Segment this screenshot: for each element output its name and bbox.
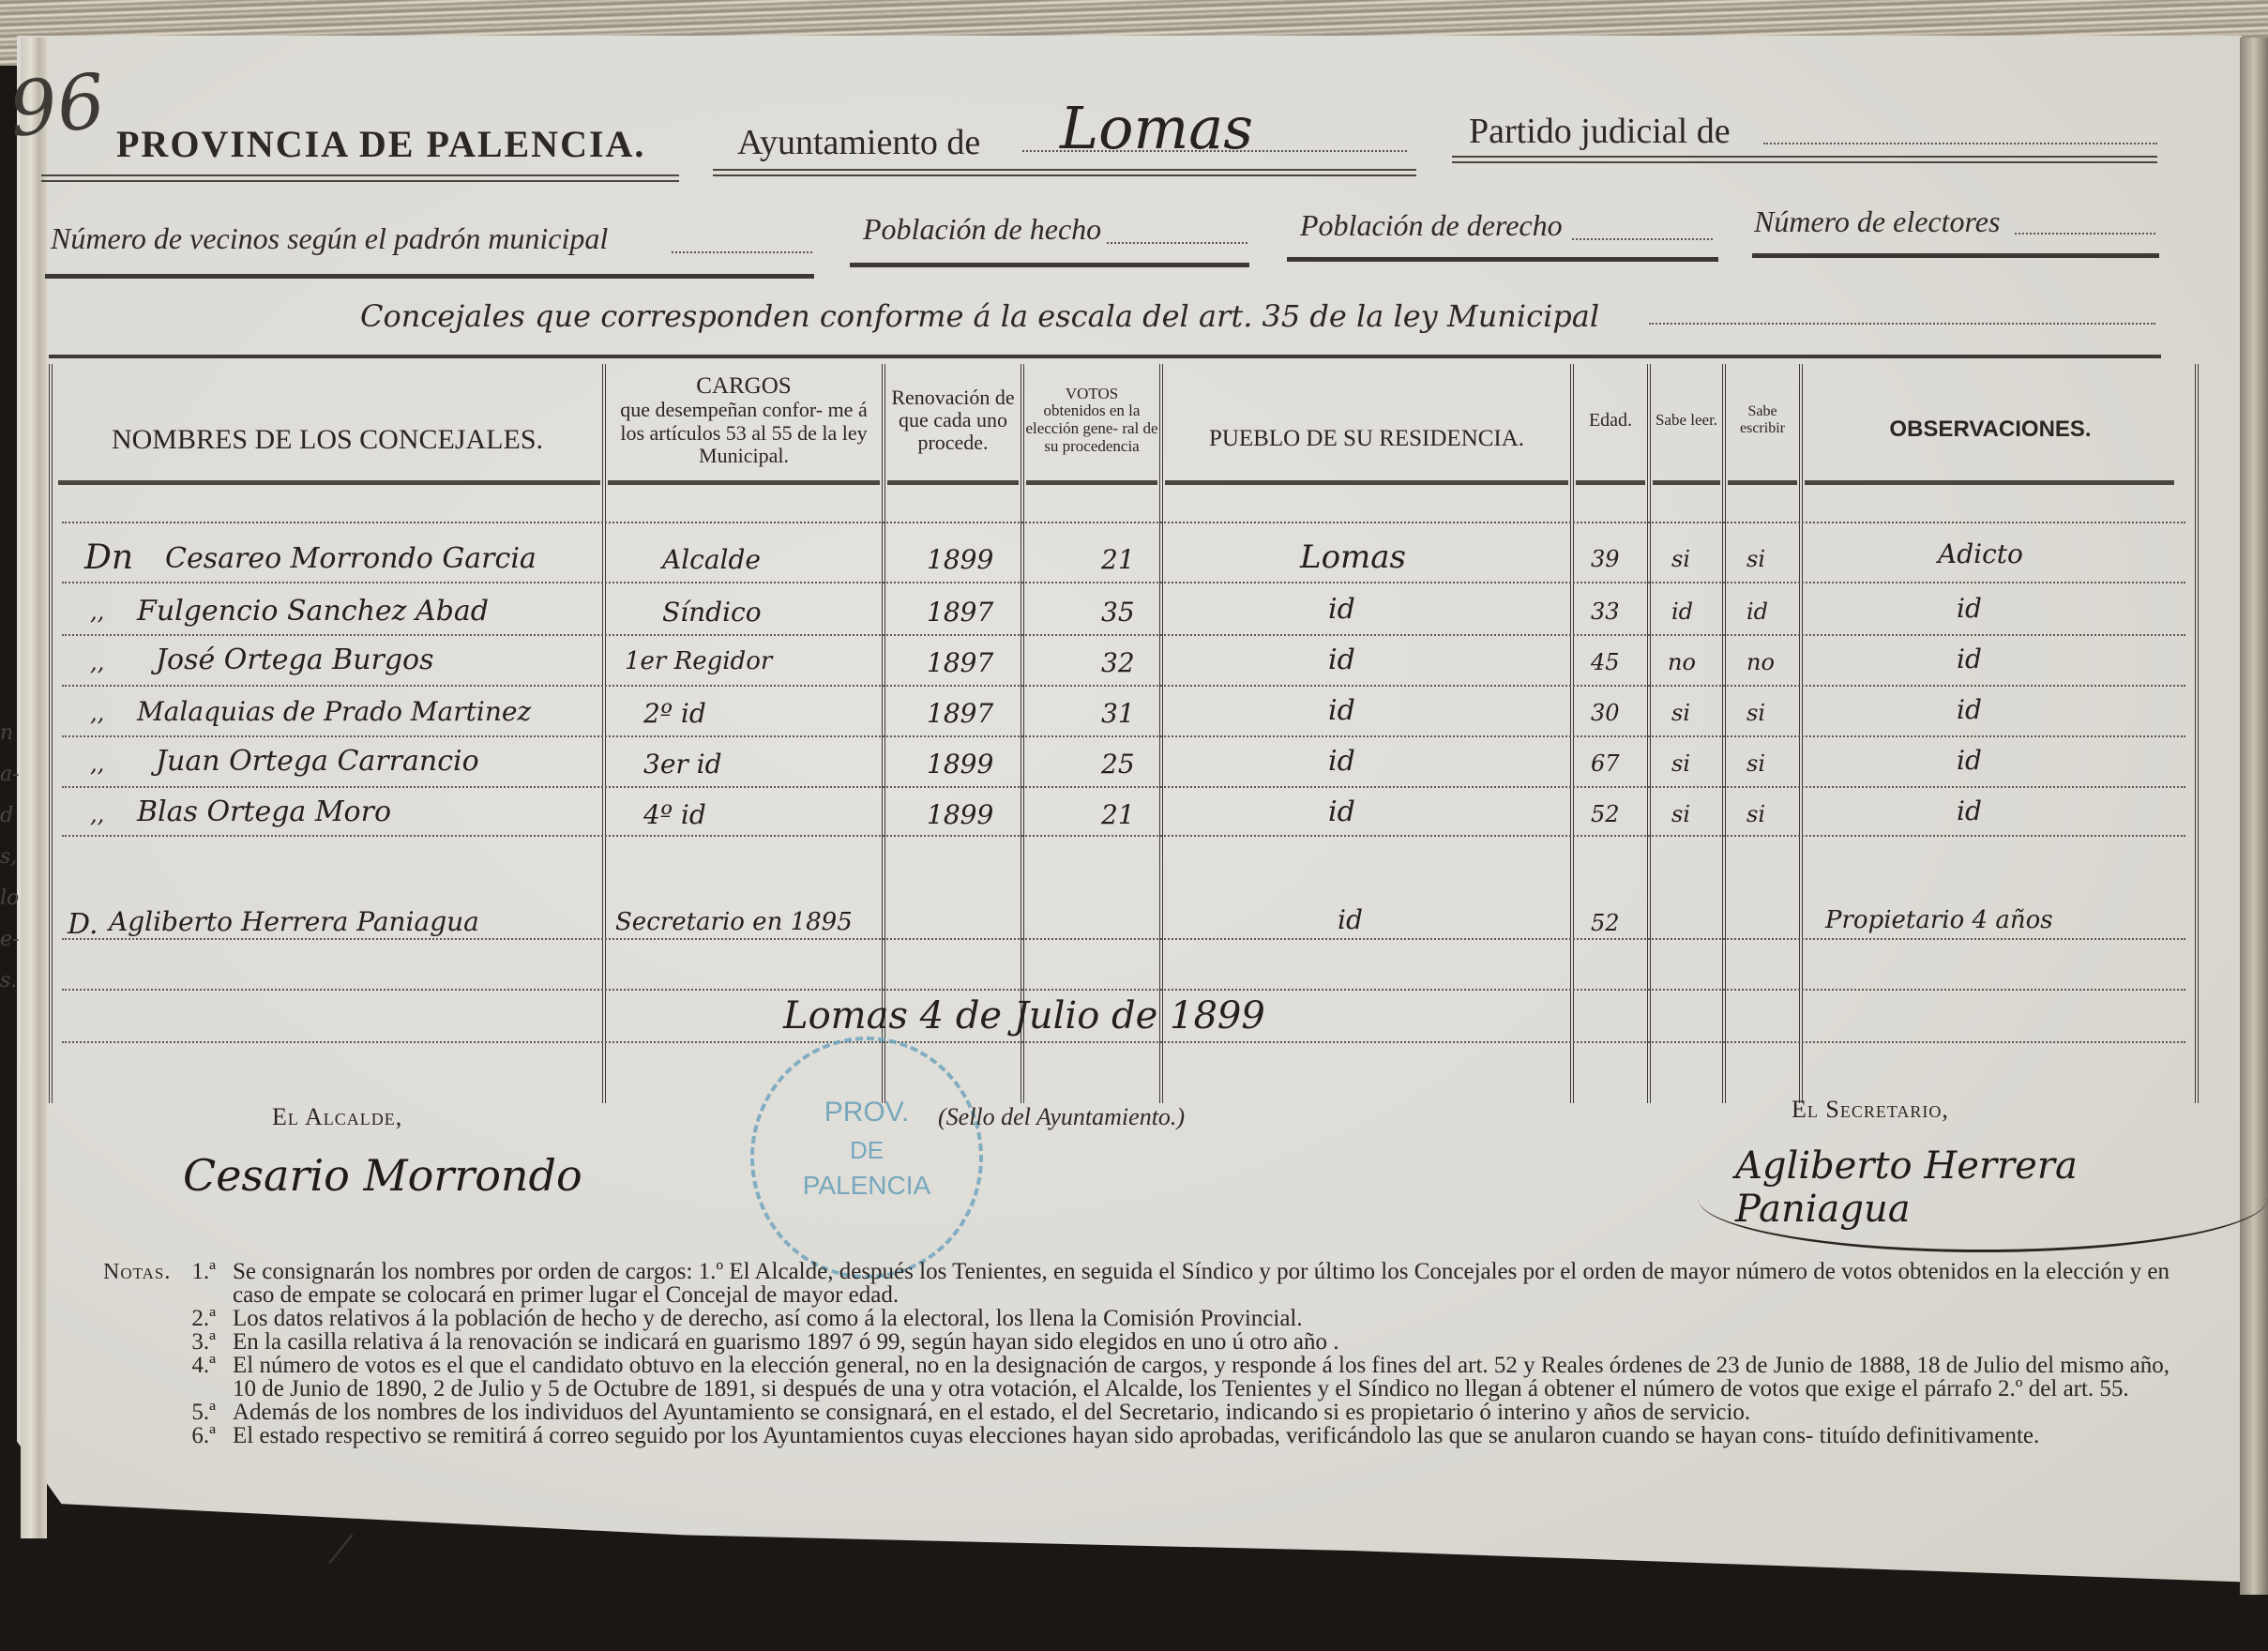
sabe-escribir: id xyxy=(1746,598,1768,625)
column-header-label: PUEBLO DE SU RESIDENCIA. xyxy=(1209,426,1524,452)
column-header-renovacion: Renovación de que cada uno procede. xyxy=(885,364,1021,477)
folio-number: 96 xyxy=(5,57,109,154)
council-members-table: NOMBRES DE LOS CONCEJALES. CARGOS que de… xyxy=(49,364,2199,1103)
note-item: 2.ª Los datos relativos á la población d… xyxy=(103,1307,2195,1330)
name-prefix: D. xyxy=(68,908,98,941)
cargo: Secretario en 1895 xyxy=(615,908,853,936)
ayuntamiento-value: Lomas xyxy=(1060,94,1253,162)
observaciones: id xyxy=(1957,593,1982,624)
concejales-fill-line xyxy=(1649,323,2155,325)
header-rule xyxy=(1452,156,2157,163)
pueblo: Lomas xyxy=(1300,538,1406,576)
renovacion: 1897 xyxy=(927,647,993,678)
cargo: Alcalde xyxy=(662,544,761,575)
sello-label: (Sello del Ayuntamiento.) xyxy=(938,1103,1185,1131)
alcalde-label: El Alcalde, xyxy=(272,1103,402,1131)
note-number: 6.ª xyxy=(103,1424,233,1447)
observaciones: id xyxy=(1957,694,1982,725)
subheader-rule xyxy=(45,274,814,279)
notes-label: Notas. xyxy=(103,1260,171,1285)
column-header-label: Edad. xyxy=(1589,410,1632,431)
observaciones: id xyxy=(1957,795,1982,826)
margin-letter: d xyxy=(0,795,19,837)
margin-letter: s. xyxy=(0,961,19,1002)
row-guide xyxy=(62,989,2185,991)
margin-letter: lo xyxy=(0,878,19,919)
page-fold xyxy=(21,38,47,1538)
table-top-rule xyxy=(49,355,2161,358)
electores-fill-line xyxy=(2015,233,2155,235)
row-guide xyxy=(62,582,2185,583)
column-header-label: Renovación de que cada uno procede. xyxy=(885,386,1021,455)
vecinos-fill-line xyxy=(672,251,812,253)
previous-page-margin: n a- d s, lo e- s. xyxy=(0,713,19,1002)
note-number: 2.ª xyxy=(103,1307,233,1330)
poblacion-hecho-fill-line xyxy=(1107,242,1247,244)
councilor-name: Cesareo Morrondo Garcia xyxy=(165,542,537,575)
edad: 39 xyxy=(1591,546,1620,572)
pueblo: id xyxy=(1328,745,1355,778)
margin-letter: s, xyxy=(0,837,19,878)
seal-text: DE xyxy=(754,1136,979,1165)
name-prefix: ,, xyxy=(90,801,104,827)
observaciones: Propietario 4 años xyxy=(1825,906,2053,934)
column-header-sublabel: que desempeñan confor- me á los artículo… xyxy=(606,399,882,467)
note-item: 4.ª El número de votos es el que el cand… xyxy=(103,1354,2195,1401)
column-header-nombres: NOMBRES DE LOS CONCEJALES. xyxy=(53,383,602,495)
observaciones: Adicto xyxy=(1938,538,2023,569)
header-underline xyxy=(887,480,1019,485)
councilor-name: Fulgencio Sanchez Abad xyxy=(137,595,489,628)
sabe-escribir: si xyxy=(1746,700,1765,726)
seal-text: PALENCIA xyxy=(754,1171,979,1201)
name-prefix: ,, xyxy=(90,700,104,726)
pueblo: id xyxy=(1328,694,1355,727)
provincia-heading: PROVINCIA DE PALENCIA. xyxy=(116,122,645,166)
column-header-sublabel: obtenidos en la elección gene- ral de su… xyxy=(1024,402,1159,455)
poblacion-hecho-label: Población de hecho xyxy=(863,212,1101,247)
column-header-pueblo: PUEBLO DE SU RESIDENCIA. xyxy=(1163,383,1570,495)
vecinos-label: Número de vecinos según el padrón munici… xyxy=(51,221,608,256)
poblacion-derecho-fill-line xyxy=(1572,238,1713,240)
column-header-label: Sabe leer. xyxy=(1656,412,1717,430)
column-header-label: Sabe escribir xyxy=(1726,403,1799,436)
note-item: 5.ª Además de los nombres de los individ… xyxy=(103,1401,2195,1424)
secretario-signature: Agliberto Herrera Paniagua xyxy=(1698,1144,2268,1252)
column-header-label: OBSERVACIONES. xyxy=(1889,417,2091,442)
column-header-label: NOMBRES DE LOS CONCEJALES. xyxy=(112,424,543,455)
row-guide xyxy=(62,634,2185,636)
note-text: En la casilla relativa á la renovación s… xyxy=(233,1330,2195,1354)
sabe-leer: si xyxy=(1671,801,1690,827)
renovacion: 1899 xyxy=(927,749,993,780)
observaciones: id xyxy=(1957,644,1982,674)
sabe-escribir: no xyxy=(1746,649,1775,675)
councilor-name: Malaquias de Prado Martinez xyxy=(137,696,531,727)
note-number: 5.ª xyxy=(103,1401,233,1424)
cargo: 2º id xyxy=(643,698,706,729)
note-text: Los datos relativos á la población de he… xyxy=(233,1307,2195,1330)
councilor-name: José Ortega Burgos xyxy=(156,644,434,676)
name-prefix: ,, xyxy=(90,750,104,777)
header-underline xyxy=(608,480,880,485)
poblacion-derecho-label: Población de derecho xyxy=(1300,208,1563,243)
header-underline xyxy=(1165,480,1568,485)
renovacion: 1899 xyxy=(927,544,993,575)
renovacion: 1897 xyxy=(927,597,993,628)
pueblo: id xyxy=(1328,795,1355,828)
municipal-seal-stamp: PROV. DE PALENCIA xyxy=(750,1037,983,1279)
councilor-name: Juan Ortega Carrancio xyxy=(156,745,479,778)
partido-fill-line xyxy=(1763,143,2157,144)
notes-section: Notas. 1.ª Se consignarán los nombres po… xyxy=(103,1260,2195,1447)
row-guide xyxy=(62,835,2185,837)
sabe-escribir: si xyxy=(1746,750,1765,777)
name-prefix: ,, xyxy=(90,649,104,675)
column-header-label: VOTOS xyxy=(1066,386,1118,403)
ink-mark: ⁄ xyxy=(338,1529,344,1572)
edad: 30 xyxy=(1591,700,1620,726)
sabe-leer: si xyxy=(1671,546,1690,572)
column-header-observaciones: OBSERVACIONES. xyxy=(1803,373,2178,486)
column-header-sabe-escribir: Sabe escribir xyxy=(1726,364,1799,477)
cargo: 3er id xyxy=(643,749,722,780)
column-header-label: CARGOS xyxy=(696,373,791,400)
subheader-rule xyxy=(1752,253,2159,258)
column-header-cargos: CARGOS que desempeñan confor- me á los a… xyxy=(606,364,882,477)
note-item: 6.ª El estado respectivo se remitirá á c… xyxy=(103,1424,2195,1447)
electores-label: Número de electores xyxy=(1754,204,2000,239)
column-header-sabe-leer: Sabe leer. xyxy=(1651,364,1722,477)
margin-letter: a- xyxy=(0,754,19,795)
header-underline xyxy=(1728,480,1797,485)
header-underline xyxy=(58,480,600,485)
note-text: Se consignarán los nombres por orden de … xyxy=(233,1260,2195,1307)
row-guide xyxy=(62,685,2185,687)
header-underline xyxy=(1805,480,2174,485)
cargo: 1er Regidor xyxy=(625,647,772,675)
row-guide xyxy=(62,938,2185,940)
place-date-line: Lomas 4 de Julio de 1899 xyxy=(783,994,1265,1038)
pueblo: id xyxy=(1328,593,1355,626)
observaciones: id xyxy=(1957,745,1982,776)
cargo: Síndico xyxy=(662,597,762,628)
renovacion: 1899 xyxy=(927,799,993,830)
margin-letter: e- xyxy=(0,919,19,961)
header-underline xyxy=(1026,480,1157,485)
note-number: 3.ª xyxy=(103,1330,233,1354)
edad: 67 xyxy=(1591,750,1620,777)
sabe-leer: si xyxy=(1671,700,1690,726)
votos: 32 xyxy=(1101,647,1135,678)
row-guide xyxy=(62,1041,2185,1043)
header-rule xyxy=(41,174,679,182)
councilor-name: Blas Ortega Moro xyxy=(137,795,391,828)
votos: 25 xyxy=(1101,749,1135,780)
secretario-label: El Secretario, xyxy=(1792,1096,1949,1124)
edad: 45 xyxy=(1591,649,1620,675)
votos: 31 xyxy=(1101,698,1135,729)
header-underline xyxy=(1576,480,1645,485)
subheader-rule xyxy=(850,263,1249,267)
sabe-leer: id xyxy=(1671,598,1693,625)
row-guide xyxy=(62,786,2185,788)
note-number: 4.ª xyxy=(103,1354,233,1401)
ayuntamiento-label: Ayuntamiento de xyxy=(737,122,980,163)
sabe-leer: no xyxy=(1668,649,1696,675)
sabe-escribir: si xyxy=(1746,546,1765,572)
cargo: 4º id xyxy=(643,799,706,830)
alcalde-signature: Cesario Morrondo xyxy=(183,1150,582,1201)
votos: 21 xyxy=(1101,544,1135,575)
note-text: El número de votos es el que el candidat… xyxy=(233,1354,2195,1401)
edad: 33 xyxy=(1591,598,1620,625)
partido-judicial-label: Partido judicial de xyxy=(1469,111,1731,152)
column-header-edad: Edad. xyxy=(1574,364,1647,477)
edad: 52 xyxy=(1591,801,1620,827)
header-underline xyxy=(1653,480,1720,485)
note-text: Además de los nombres de los individuos … xyxy=(233,1401,2195,1424)
concejales-scale-line: Concejales que corresponden conforme á l… xyxy=(360,298,1599,334)
book-right-edge xyxy=(2240,38,2268,1595)
row-guide xyxy=(62,735,2185,737)
secretary-name: Agliberto Herrera Paniagua xyxy=(109,906,479,937)
pueblo: id xyxy=(1338,904,1363,935)
sabe-escribir: si xyxy=(1746,801,1765,827)
votos: 21 xyxy=(1101,799,1135,830)
note-text: El estado respectivo se remitirá á corre… xyxy=(233,1424,2195,1447)
subheader-rule xyxy=(1287,257,1718,262)
margin-letter: n xyxy=(0,713,19,754)
name-prefix: Dn xyxy=(84,538,133,577)
edad: 52 xyxy=(1591,910,1620,936)
row-guide xyxy=(62,522,2185,523)
header-rule xyxy=(713,169,1416,176)
note-item: 1.ª Se consignarán los nombres por orden… xyxy=(103,1260,2195,1307)
votos: 35 xyxy=(1101,597,1135,628)
name-prefix: ,, xyxy=(90,598,104,625)
column-header-votos: VOTOS obtenidos en la elección gene- ral… xyxy=(1024,364,1159,477)
pueblo: id xyxy=(1328,644,1355,676)
note-item: 3.ª En la casilla relativa á la renovaci… xyxy=(103,1330,2195,1354)
sabe-leer: si xyxy=(1671,750,1690,777)
renovacion: 1897 xyxy=(927,698,993,729)
